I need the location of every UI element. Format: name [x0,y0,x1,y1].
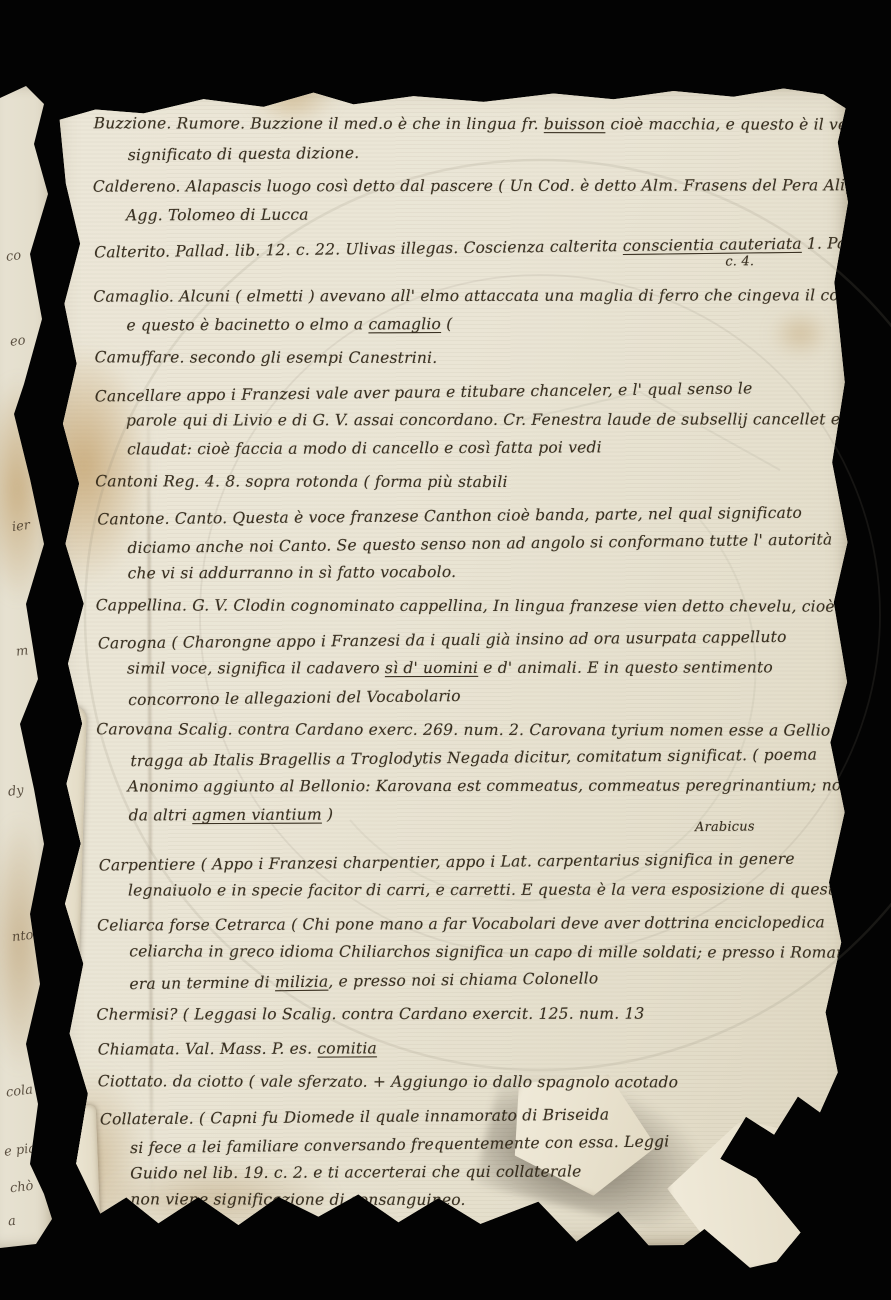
torn-fold [62,1105,101,1236]
manuscript-line: non viene significazione di consanguineo… [98,1185,840,1214]
fragment-text: cola [5,1082,34,1100]
manuscript-line: Ciottato. da ciotto ( vale sferzato. + A… [98,1067,840,1096]
fragment-text: dy [7,783,24,800]
manuscript-line: Camuffare. secondo gli esempi Canestrini… [95,343,837,372]
fragment-text: ier [11,518,31,535]
manuscript-text-block: Buzzione. Rumore. Buzzione il med.o è ch… [94,108,841,1215]
left-page-fragment: coeoiermdyntocolae piacechòa [0,84,62,1248]
fragment-text: co [5,248,22,265]
manuscript-line: Camaglio. Alcuni ( elmetti ) avevano all… [93,281,835,310]
fragment-text: eo [9,333,26,350]
manuscript-line: tragga ab Italis Bragellis a Troglodytis… [98,740,840,775]
stain [0,374,52,604]
fragment-text: chò [9,1179,34,1197]
manuscript-line: legnaiuolo e in specie facitor di carri,… [96,875,838,904]
manuscript-line: era un termine di milizia, e presso noi … [97,961,839,998]
fragment-text: a [7,1214,17,1230]
manuscript-line: Buzzione. Rumore. Buzzione il med.o è ch… [94,109,836,138]
manuscript-line: Anonimo aggiunto al Bellonio: Karovana e… [96,771,838,800]
manuscript-line: Cappellina. G. V. Clodin cognominato cap… [96,591,838,620]
manuscript-line: e questo è bacinetto o elmo a camaglio ( [94,308,836,339]
fragment-text: m [15,643,29,659]
manuscript-photo: coeoiermdyntocolae piacechòa Buzzione. R… [0,0,891,1300]
manuscript-line: claudat: cioè faccia a modo di cancello … [95,432,837,463]
manuscript-line: Carogna ( Charongne appo i Franzesi da i… [98,622,840,657]
manuscript-line: concorrono le allegazioni del Vocabolari… [96,677,838,714]
manuscript-line: Chiamata. Val. Mass. P. es. comitia [98,1032,840,1063]
stain [0,814,52,1074]
manuscript-line: Chermisi? ( Leggasi lo Scalig. contra Ca… [96,999,838,1028]
manuscript-line: Cantoni Reg. 4. 8. sopra rotonda ( forma… [95,467,837,496]
manuscript-line: Carovana Scalig. contra Cardano exerc. 2… [96,715,838,744]
manuscript-line: Celiarca forse Cetrarca ( Chi pone mano … [97,908,839,939]
manuscript-line: Caldereno. Alapascis luogo così detto da… [93,171,835,200]
manuscript-line: Carpentiere ( Appo i Franzesi charpentie… [99,844,841,879]
main-page: Buzzione. Rumore. Buzzione il med.o è ch… [51,82,856,1247]
manuscript-line: significato di questa dizione. [96,134,838,169]
manuscript-line: Agg. Tolomeo di Lucca [94,198,836,229]
manuscript-line: parole qui di Livio e di G. V. assai con… [94,405,836,434]
fragment-text: nto [11,928,34,946]
fragment-text: e piace [3,1139,52,1160]
